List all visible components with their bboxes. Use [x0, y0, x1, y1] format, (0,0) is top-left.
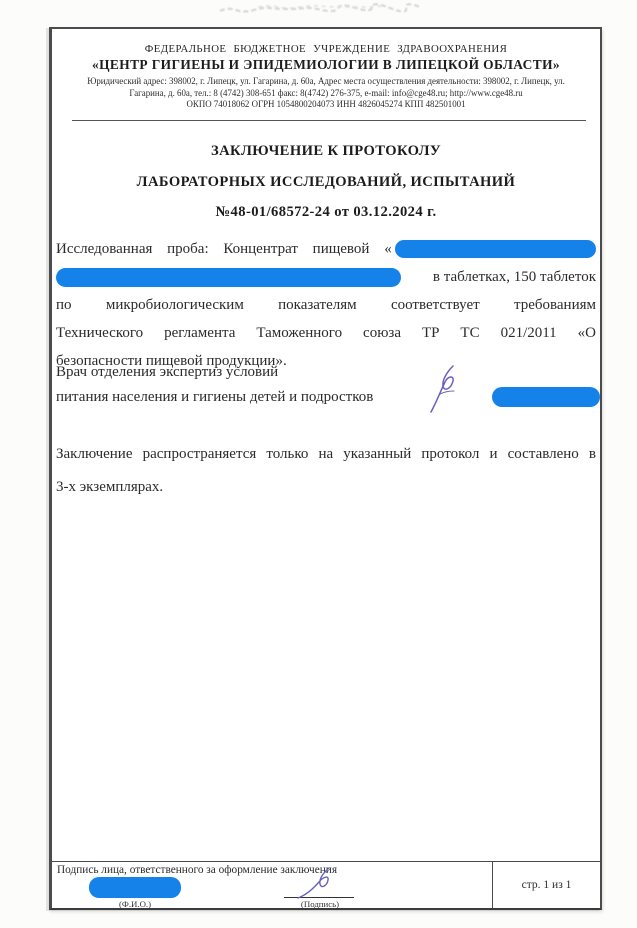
- footer-signature-cell: Подпись лица, ответственного за оформлен…: [52, 862, 492, 908]
- paragraph-line: в таблетках, 150 таблеток: [56, 263, 596, 291]
- organization-type: ФЕДЕРАЛЬНОЕ БЮДЖЕТНОЕ УЧРЕЖДЕНИЕ ЗДРАВОО…: [52, 43, 600, 55]
- doctor-signature-icon: [428, 364, 462, 414]
- redaction-bar: [395, 240, 596, 258]
- title-line-2: ЛАБОРАТОРНЫХ ИССЛЕДОВАНИЙ, ИСПЫТАНИЙ: [52, 167, 600, 198]
- conclusion-paragraph: Исследованная проба: Концентрат пищевой …: [56, 235, 596, 375]
- signature-caption: (Подпись): [274, 899, 366, 909]
- title-line-3-protocol-number: №48-01/68572-24 от 03.12.2024 г.: [52, 197, 600, 228]
- sample-intro-text: Исследованная проба: Концентрат пищевой …: [56, 235, 392, 263]
- organization-address-line2: Гагарина, д. 60а, тел.: 8 (4742) 308-651…: [52, 88, 600, 100]
- redaction-bar: [56, 268, 401, 287]
- distribution-paragraph: Заключение распространяется только на ук…: [56, 438, 596, 504]
- page-number-cell: стр. 1 из 1: [492, 862, 600, 908]
- footer-signature-icon: [296, 866, 340, 902]
- paragraph-line: Технического регламента Таможенного союз…: [56, 319, 596, 347]
- paragraph-line: Исследованная проба: Концентрат пищевой …: [56, 235, 596, 263]
- paragraph-line: Заключение распространяется только на ук…: [56, 438, 596, 471]
- redaction-bar: [492, 387, 600, 407]
- paragraph-line: 3-х экземплярах.: [56, 471, 596, 504]
- title-line-1: ЗАКЛЮЧЕНИЕ К ПРОТОКОЛУ: [52, 136, 600, 167]
- document-title: ЗАКЛЮЧЕНИЕ К ПРОТОКОЛУ ЛАБОРАТОРНЫХ ИССЛ…: [52, 136, 600, 228]
- fio-caption: (Ф.И.О.): [89, 899, 181, 909]
- paragraph-line: по микробиологическим показателям соотве…: [56, 291, 596, 319]
- sample-form-text: в таблетках, 150 таблеток: [433, 263, 596, 291]
- scanned-document-canvas: ФЕДЕРАЛЬНОЕ БЮДЖЕТНОЕ УЧРЕЖДЕНИЕ ЗДРАВОО…: [0, 0, 637, 928]
- letterhead-divider: [72, 120, 586, 121]
- organization-registry-codes: ОКПО 74018062 ОГРН 1054800204073 ИНН 482…: [52, 99, 600, 111]
- redaction-bar: [89, 877, 181, 898]
- footer-table: Подпись лица, ответственного за оформлен…: [52, 861, 600, 908]
- organization-address-line1: Юридический адрес: 398002, г. Липецк, ул…: [52, 76, 600, 88]
- scan-artifact-icon: [218, 3, 436, 15]
- footer-responsible-label: Подпись лица, ответственного за оформлен…: [57, 864, 337, 876]
- page-number: стр. 1 из 1: [522, 879, 572, 891]
- signatory-position-line1: Врач отделения экспертиз условий: [56, 360, 596, 385]
- letterhead: ФЕДЕРАЛЬНОЕ БЮДЖЕТНОЕ УЧРЕЖДЕНИЕ ЗДРАВОО…: [52, 43, 600, 111]
- signatory-block: Врач отделения экспертиз условий питания…: [56, 360, 596, 440]
- organization-name: «ЦЕНТР ГИГИЕНЫ И ЭПИДЕМИОЛОГИИ В ЛИПЕЦКО…: [52, 57, 600, 73]
- document-page: ФЕДЕРАЛЬНОЕ БЮДЖЕТНОЕ УЧРЕЖДЕНИЕ ЗДРАВОО…: [49, 27, 602, 910]
